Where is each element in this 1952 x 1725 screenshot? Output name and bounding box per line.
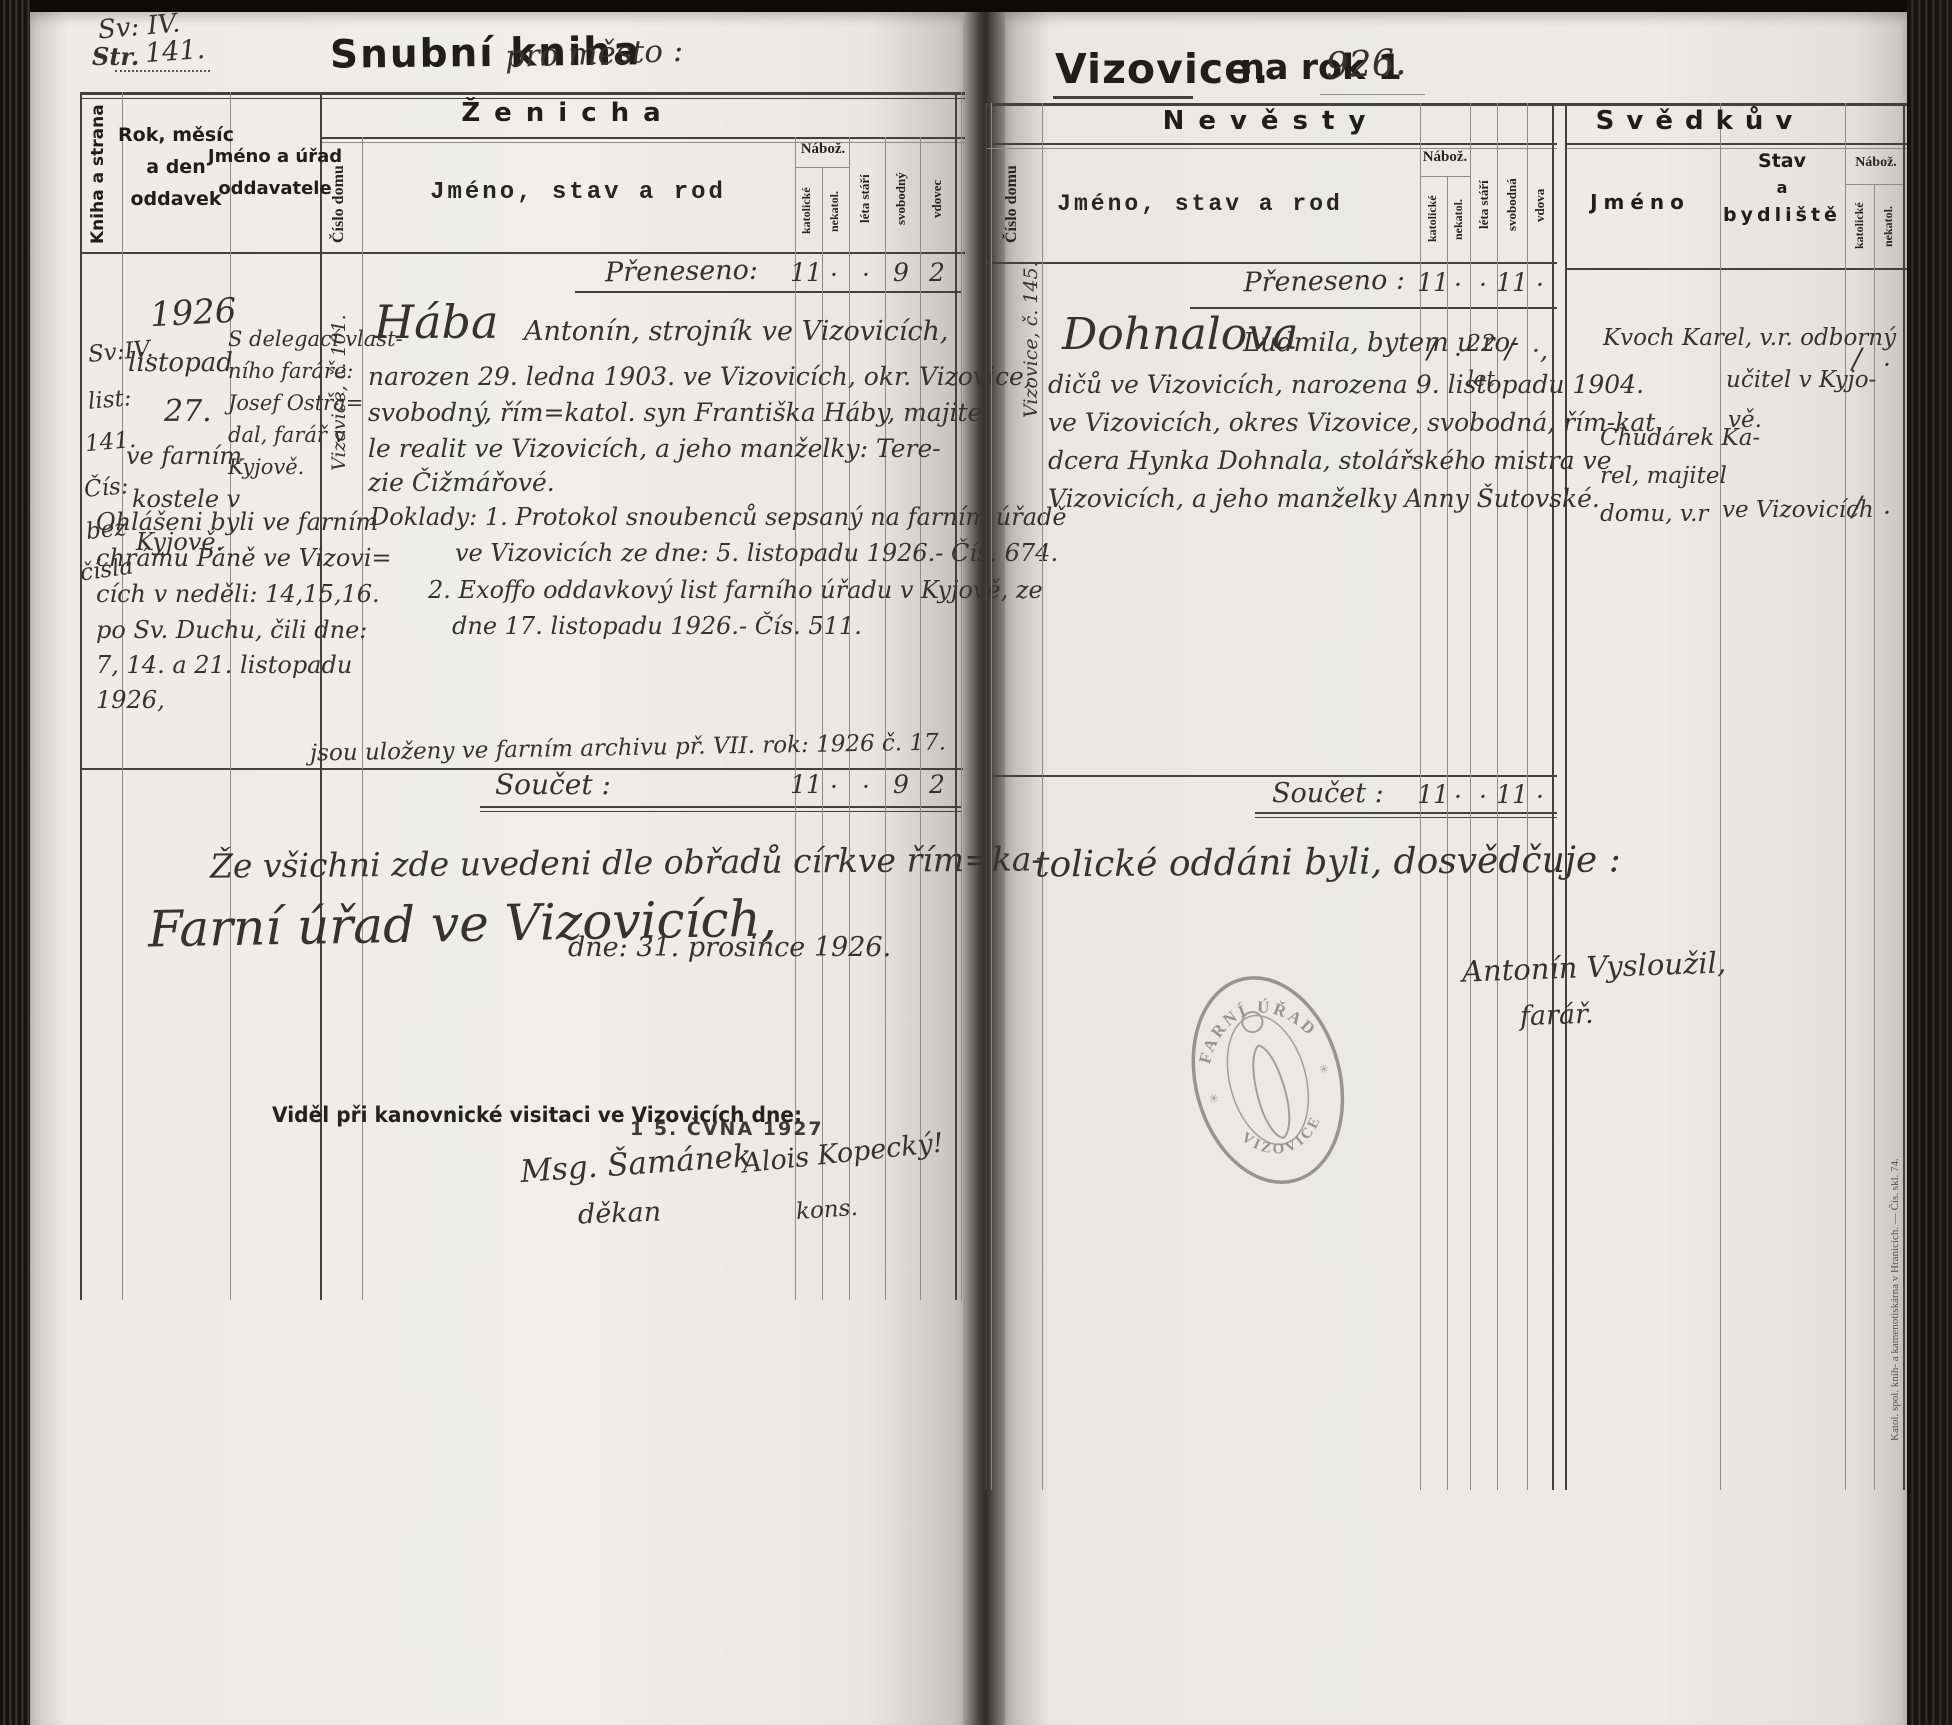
carried-catholic: 11 — [790, 260, 822, 286]
book-top-edge — [0, 0, 1952, 12]
rule — [320, 137, 965, 139]
stamp-star-right: ✳ — [1317, 1061, 1330, 1077]
witness2-catholic-value: / — [1852, 492, 1861, 521]
witness1-catholic-value: / — [1852, 344, 1861, 373]
groom-docs-line: ve Vizovicích ze dne: 5. listopadu 1926.… — [455, 541, 1058, 566]
rule — [230, 92, 231, 1300]
entry-ref-line: list: — [87, 386, 132, 414]
bride-widow-value: ·, — [1532, 338, 1548, 364]
col-religion-header-right: Nábož. — [1423, 150, 1468, 166]
col-catholic-header: katolické — [800, 172, 813, 250]
rule — [985, 143, 1557, 145]
col-witness-catholic-header: katolické — [1853, 188, 1866, 264]
entry-ref-line: Čís: — [83, 474, 129, 502]
entry-date-line: 1926 — [149, 294, 237, 334]
rule — [1845, 103, 1846, 1490]
rule — [985, 262, 1557, 264]
book-right-edge — [1907, 0, 1952, 1725]
rule — [985, 148, 1557, 149]
carried-single-right: 11 — [1496, 270, 1528, 296]
carried-widower: 2 — [929, 260, 945, 286]
rule — [1903, 103, 1905, 1490]
entry-house-note: Vizovice, č. 101. — [330, 298, 350, 488]
sum-label: Součet : — [495, 770, 611, 799]
col-widower-header: vdovec — [930, 148, 944, 250]
carried-noncatholic: · — [830, 262, 838, 288]
bride-catholic-value: / — [1427, 334, 1436, 363]
col-noncatholic-header: nekatol. — [828, 172, 841, 250]
rule — [80, 92, 82, 1300]
entry-date-line: 27. — [164, 396, 212, 428]
section-bride-header: Nevěsty — [1163, 108, 1380, 135]
bride-line: dcera Hynka Dohnala, stolářského mistra … — [1048, 448, 1612, 474]
rule — [1565, 103, 1567, 1490]
rule — [985, 103, 987, 1490]
sum-widow-right: · — [1536, 784, 1544, 810]
rule — [885, 137, 886, 1300]
page-number-value: 141. — [144, 36, 206, 68]
sum-label-right: Součet : — [1272, 780, 1384, 808]
col-witness-name-header: Jméno — [1590, 192, 1690, 213]
bride-line: ve Vizovicích, okres Vizovice, svobodná,… — [1048, 410, 1663, 436]
carried-catholic-right: 11 — [1417, 270, 1449, 296]
rule — [320, 142, 965, 143]
sum-noncatholic-right: · — [1454, 784, 1462, 810]
attestation-line: Že všichni zde uvedeni dle obřadů církve… — [210, 842, 1043, 884]
signature-consistory-role: kons. — [795, 1196, 858, 1224]
sum-widower: 2 — [929, 772, 945, 798]
rule — [1255, 812, 1557, 814]
groom-docs-line: Doklady: 1. Protokol snoubenců sepsaný n… — [370, 505, 1067, 530]
witness1-noncatholic-value: · — [1883, 352, 1891, 378]
col-date-header-3: oddavek — [131, 190, 222, 210]
col-single-header: svobodný — [894, 148, 908, 250]
witness2-line: domu, v.r — [1600, 502, 1708, 526]
entry-date-line: ve farním — [126, 444, 242, 469]
entry-banns-line: 7, 14. a 21. listopadu — [96, 653, 352, 678]
rule — [920, 137, 921, 1300]
rule — [1470, 103, 1471, 1490]
col-date-header-1: Rok, měsíc — [118, 126, 234, 146]
col-officiant-header-1: Jméno a úřad — [208, 148, 342, 167]
bride-single-value: / — [1505, 334, 1514, 363]
year-underline — [1320, 94, 1425, 95]
col-religion-header: Nábož. — [801, 142, 846, 158]
scanned-register-spread: { "left": { "volume_note": "Sv: IV.", "p… — [0, 0, 1952, 1725]
bride-age-value: 22 — [1466, 332, 1495, 356]
col-catholic-header-right: katolické — [1426, 180, 1439, 258]
col-witness-status-header-3: bydliště — [1723, 206, 1841, 226]
bride-noncatholic-value: · — [1454, 342, 1462, 368]
col-name-header: Jméno, stav a rod — [430, 180, 726, 205]
col-book-page-header: Kniha a strana — [90, 112, 108, 244]
entry-banns-line: chrámu Páně ve Vizovi= — [96, 546, 392, 571]
groom-docs-line: 2. Exoffo oddavkový list farního úřadu v… — [428, 578, 1043, 603]
col-officiant-header-2: oddavatele — [218, 180, 331, 199]
groom-line: svobodný, řím=katol. syn Františka Háby,… — [368, 400, 991, 426]
rule — [480, 811, 961, 812]
carried-label-right: Přeneseno : — [1243, 267, 1405, 298]
rule — [575, 291, 961, 293]
year-value: 926. — [1325, 44, 1407, 86]
col-name-header-right: Jméno, stav a rod — [1057, 192, 1343, 216]
carried-noncatholic-right: · — [1454, 272, 1462, 298]
rule — [1720, 103, 1721, 1490]
parish-title-underline — [1053, 96, 1193, 99]
witness2-noncatholic-value: · — [1883, 500, 1891, 526]
register-title-annotation: pro město : — [504, 35, 683, 74]
groom-line: le realit ve Vizovicích, a jeho manželky… — [368, 436, 941, 462]
signature-dean-role: děkan — [578, 1199, 662, 1230]
col-witness-status-header-2: a — [1777, 180, 1788, 197]
col-witness-status-header-1: Stav — [1758, 152, 1806, 172]
rule — [1420, 176, 1470, 177]
sum-single: 9 — [893, 772, 909, 798]
groom-first-line: Antonín, strojník ve Vizovicích, — [524, 318, 948, 346]
sum-age-right: · — [1479, 784, 1487, 810]
col-house-header-right: Číslo domu — [1004, 150, 1021, 258]
attestation-continuation: tolické oddáni byli, dosvědčuje : — [1035, 841, 1621, 884]
witness2-line: ve Vizovicích — [1722, 498, 1874, 522]
witness2-line: Chudárek Ka- — [1600, 426, 1760, 450]
attestation-date: dne: 31. prosince 1926. — [568, 934, 891, 962]
col-date-header-2: a den — [146, 158, 205, 178]
entry-banns-line: po Sv. Duchu, čili dne: — [96, 618, 367, 643]
entry-banns-line: cích v neděli: 14,15,16. — [96, 582, 380, 607]
bride-house-note: Vizovice, č. 145. — [1022, 240, 1042, 440]
entry-banns-line: 1926, — [96, 688, 165, 713]
rule — [961, 92, 962, 1300]
rule — [80, 252, 965, 254]
col-age-header: léta stáří — [858, 148, 872, 250]
rule — [1552, 103, 1554, 1490]
carried-widow-right: · — [1536, 272, 1544, 298]
printer-imprint: Katol. spol. knih- a kamenotiskárna v Hr… — [1890, 1080, 1902, 1520]
rule — [991, 103, 992, 1490]
sum-age: · — [862, 774, 870, 800]
rule — [1565, 148, 1907, 149]
groom-line: zie Čižmářové. — [368, 470, 555, 496]
entry-date-line: listopad — [128, 350, 233, 377]
rule — [1255, 817, 1557, 818]
page-number-underline — [115, 70, 210, 72]
rule — [955, 92, 957, 1300]
rule — [480, 806, 961, 808]
col-witness-religion-header: Nábož. — [1855, 156, 1897, 171]
col-age-header-right: léta stáří — [1477, 152, 1491, 258]
parish-title: Vizovice. — [1055, 48, 1270, 91]
carried-single: 9 — [893, 260, 909, 286]
entry-officiant-line: Kyjově. — [228, 456, 304, 478]
groom-surname: Hába — [374, 298, 498, 346]
rule — [985, 775, 1557, 777]
sum-single-right: 11 — [1496, 782, 1528, 808]
groom-line: narozen 29. ledna 1903. ve Vizovicích, o… — [368, 364, 1032, 390]
section-groom-header: Ženicha — [461, 100, 674, 127]
rule — [80, 92, 965, 95]
sum-catholic-right: 11 — [1417, 782, 1449, 808]
rule — [849, 137, 850, 1300]
sum-catholic: 11 — [790, 772, 822, 798]
carried-age: · — [862, 262, 870, 288]
col-witness-noncatholic-header: nekatol. — [1882, 188, 1895, 264]
col-single-header-right: svobodná — [1505, 152, 1519, 258]
groom-docs-line: dne 17. listopadu 1926.- Čís. 511. — [452, 614, 862, 639]
col-noncatholic-header-right: nekatol. — [1452, 180, 1465, 258]
witness2-line: rel, majitel — [1600, 464, 1727, 488]
col-widow-header-right: vdova — [1533, 152, 1547, 258]
bride-line: dičů ve Vizovicích, narozena 9. listopad… — [1048, 372, 1644, 398]
stamp-star-left: ✳ — [1207, 1091, 1220, 1107]
carried-age-right: · — [1479, 272, 1487, 298]
bride-age-unit: let — [1467, 368, 1495, 390]
section-witness-header: Svědkův — [1596, 108, 1805, 135]
rule — [1565, 143, 1907, 145]
signature-priest-role: farář. — [1520, 1001, 1595, 1032]
entry-banns-line: Ohlášeni byli ve farním — [96, 510, 378, 535]
rule — [1565, 268, 1907, 270]
col-house-header: Číslo domu — [331, 150, 348, 258]
carried-label: Přeneseno: — [605, 257, 758, 288]
sum-noncatholic: · — [830, 774, 838, 800]
book-left-edge — [0, 0, 30, 1725]
bride-line: Vizovicích, a jeho manželky Anny Šutovsk… — [1048, 486, 1600, 512]
rule — [1042, 103, 1043, 1490]
page-number-label: Str. — [92, 44, 139, 69]
visitation-date-stamp: 1 5. ČVNA 1927 — [630, 1120, 824, 1140]
